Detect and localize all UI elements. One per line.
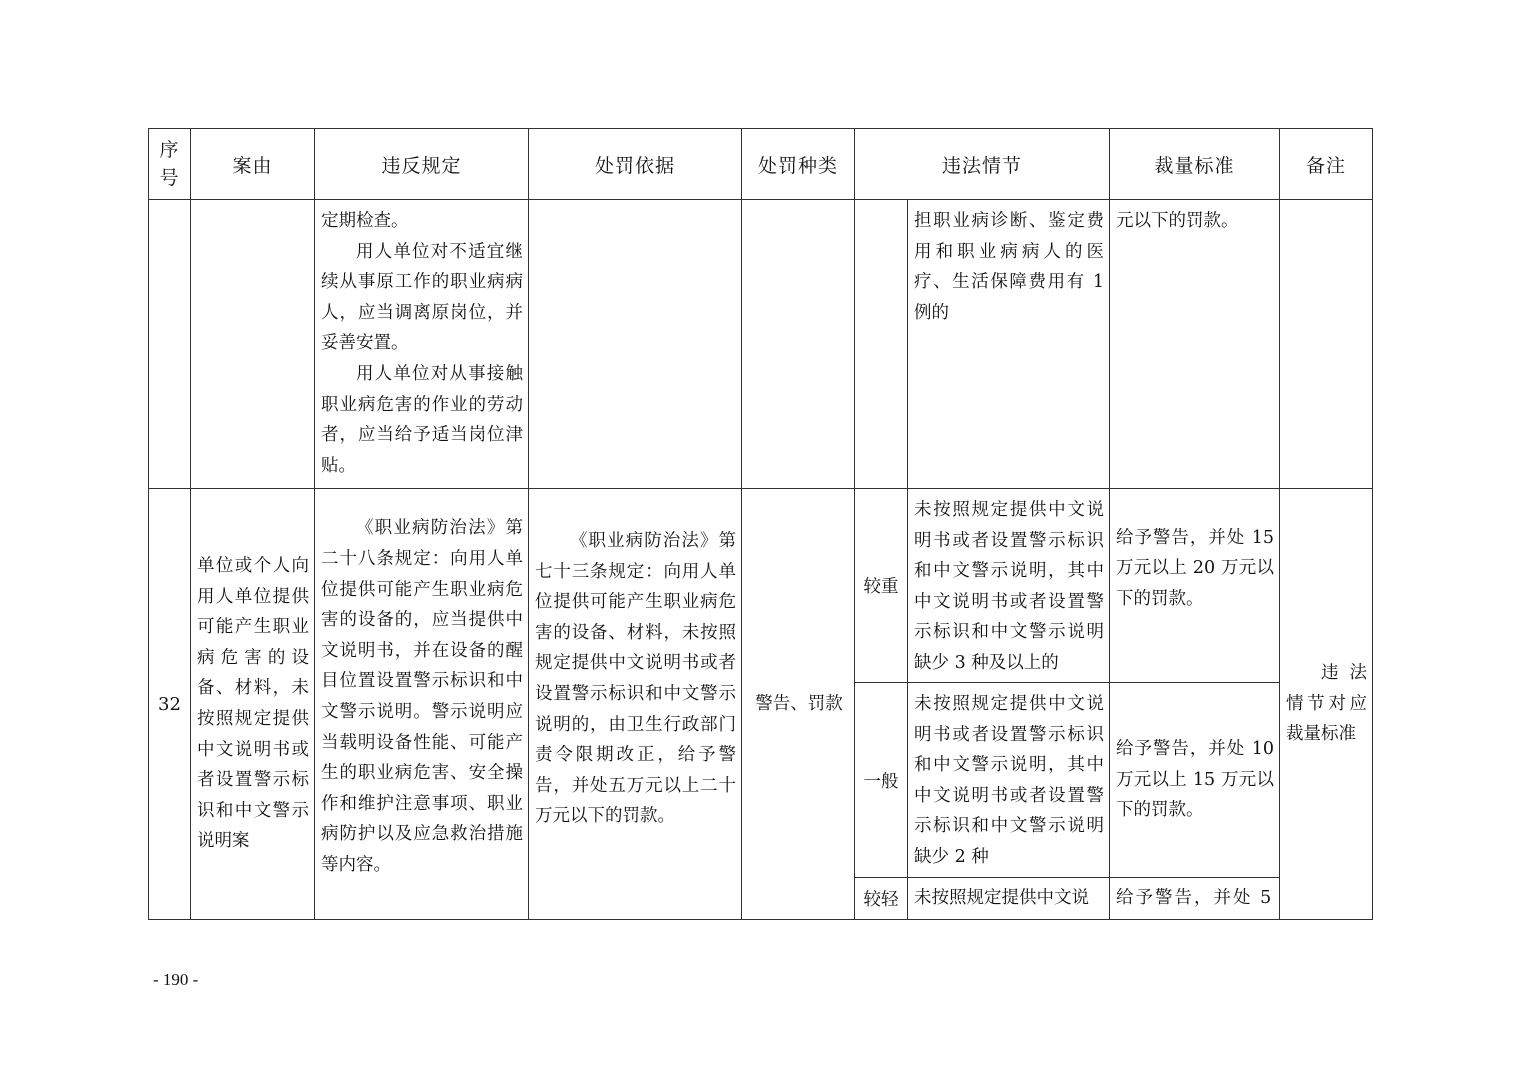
table-row-continued: 定期检查。 用人单位对不适宜继续从事原工作的职业病病人，应当调离原岗位，并妥善安… — [149, 200, 1373, 489]
header-case: 案由 — [191, 129, 315, 200]
cell-circumstance-minor: 未按照规定提供中文说 — [908, 878, 1110, 920]
penalty-discretion-table: 序号 案由 违反规定 处罚依据 处罚种类 违法情节 裁量标准 备注 定期检查。 … — [148, 128, 1373, 920]
header-circumstance: 违法情节 — [855, 129, 1110, 200]
cell-standard-minor: 给予警告，并处 5 — [1110, 878, 1280, 920]
cell-standard: 元以下的罚款。 — [1110, 200, 1280, 489]
violation-paragraph: 用人单位对从事接触职业病危害的作业的劳动者，应当给予适当岗位津贴。 — [321, 359, 523, 481]
header-standard: 裁量标准 — [1110, 129, 1280, 200]
cell-circumstance-general: 未按照规定提供中文说明书或者设置警示标识和中文警示说明，其中中文说明书或者设置警… — [908, 683, 1110, 878]
header-basis: 处罚依据 — [529, 129, 742, 200]
cell-remark — [1280, 200, 1373, 489]
cell-case — [191, 200, 315, 489]
cell-violation: 定期检查。 用人单位对不适宜继续从事原工作的职业病病人，应当调离原岗位，并妥善安… — [315, 200, 529, 489]
table-header-row: 序号 案由 违反规定 处罚依据 处罚种类 违法情节 裁量标准 备注 — [149, 129, 1373, 200]
cell-remark: 违法情节对应裁量标准 — [1280, 489, 1373, 920]
violation-paragraph: 用人单位对不适宜继续从事原工作的职业病病人，应当调离原岗位，并妥善安置。 — [321, 237, 523, 359]
cell-penalty-type: 警告、罚款 — [742, 489, 855, 920]
header-number: 序号 — [149, 129, 191, 200]
cell-penalty-type — [742, 200, 855, 489]
header-violation: 违反规定 — [315, 129, 529, 200]
cell-standard-severe: 给予警告，并处 15 万元以上 20 万元以下的罚款。 — [1110, 489, 1280, 683]
table-row-32-severe: 32 单位或个人向用人单位提供可能产生职业病危害的设备、材料，未按照规定提供中文… — [149, 489, 1373, 683]
cell-circumstance-severe: 未按照规定提供中文说明书或者设置警示标识和中文警示说明，其中中文说明书或者设置警… — [908, 489, 1110, 683]
page-number: - 190 - — [153, 970, 198, 990]
cell-number: 32 — [149, 489, 191, 920]
cell-violation: 《职业病防治法》第二十八条规定：向用人单位提供可能产生职业病危害的设备的，应当提… — [315, 489, 529, 920]
cell-level-severe: 较重 — [855, 489, 908, 683]
cell-basis: 《职业病防治法》第七十三条规定：向用人单位提供可能产生职业病危害的设备、材料，未… — [529, 489, 742, 920]
cell-level — [855, 200, 908, 489]
cell-level-general: 一般 — [855, 683, 908, 878]
cell-level-minor: 较轻 — [855, 878, 908, 920]
cell-number — [149, 200, 191, 489]
violation-paragraph: 定期检查。 — [321, 206, 523, 237]
document-page: 序号 案由 违反规定 处罚依据 处罚种类 违法情节 裁量标准 备注 定期检查。 … — [0, 0, 1520, 1074]
cell-circumstance: 担职业病诊断、鉴定费用和职业病病人的医疗、生活保障费用有 1 例的 — [908, 200, 1110, 489]
cell-case: 单位或个人向用人单位提供可能产生职业病危害的设备、材料，未按照规定提供中文说明书… — [191, 489, 315, 920]
header-remark: 备注 — [1280, 129, 1373, 200]
cell-basis — [529, 200, 742, 489]
header-penalty-type: 处罚种类 — [742, 129, 855, 200]
cell-standard-general: 给予警告，并处 10 万元以上 15 万元以下的罚款。 — [1110, 683, 1280, 878]
